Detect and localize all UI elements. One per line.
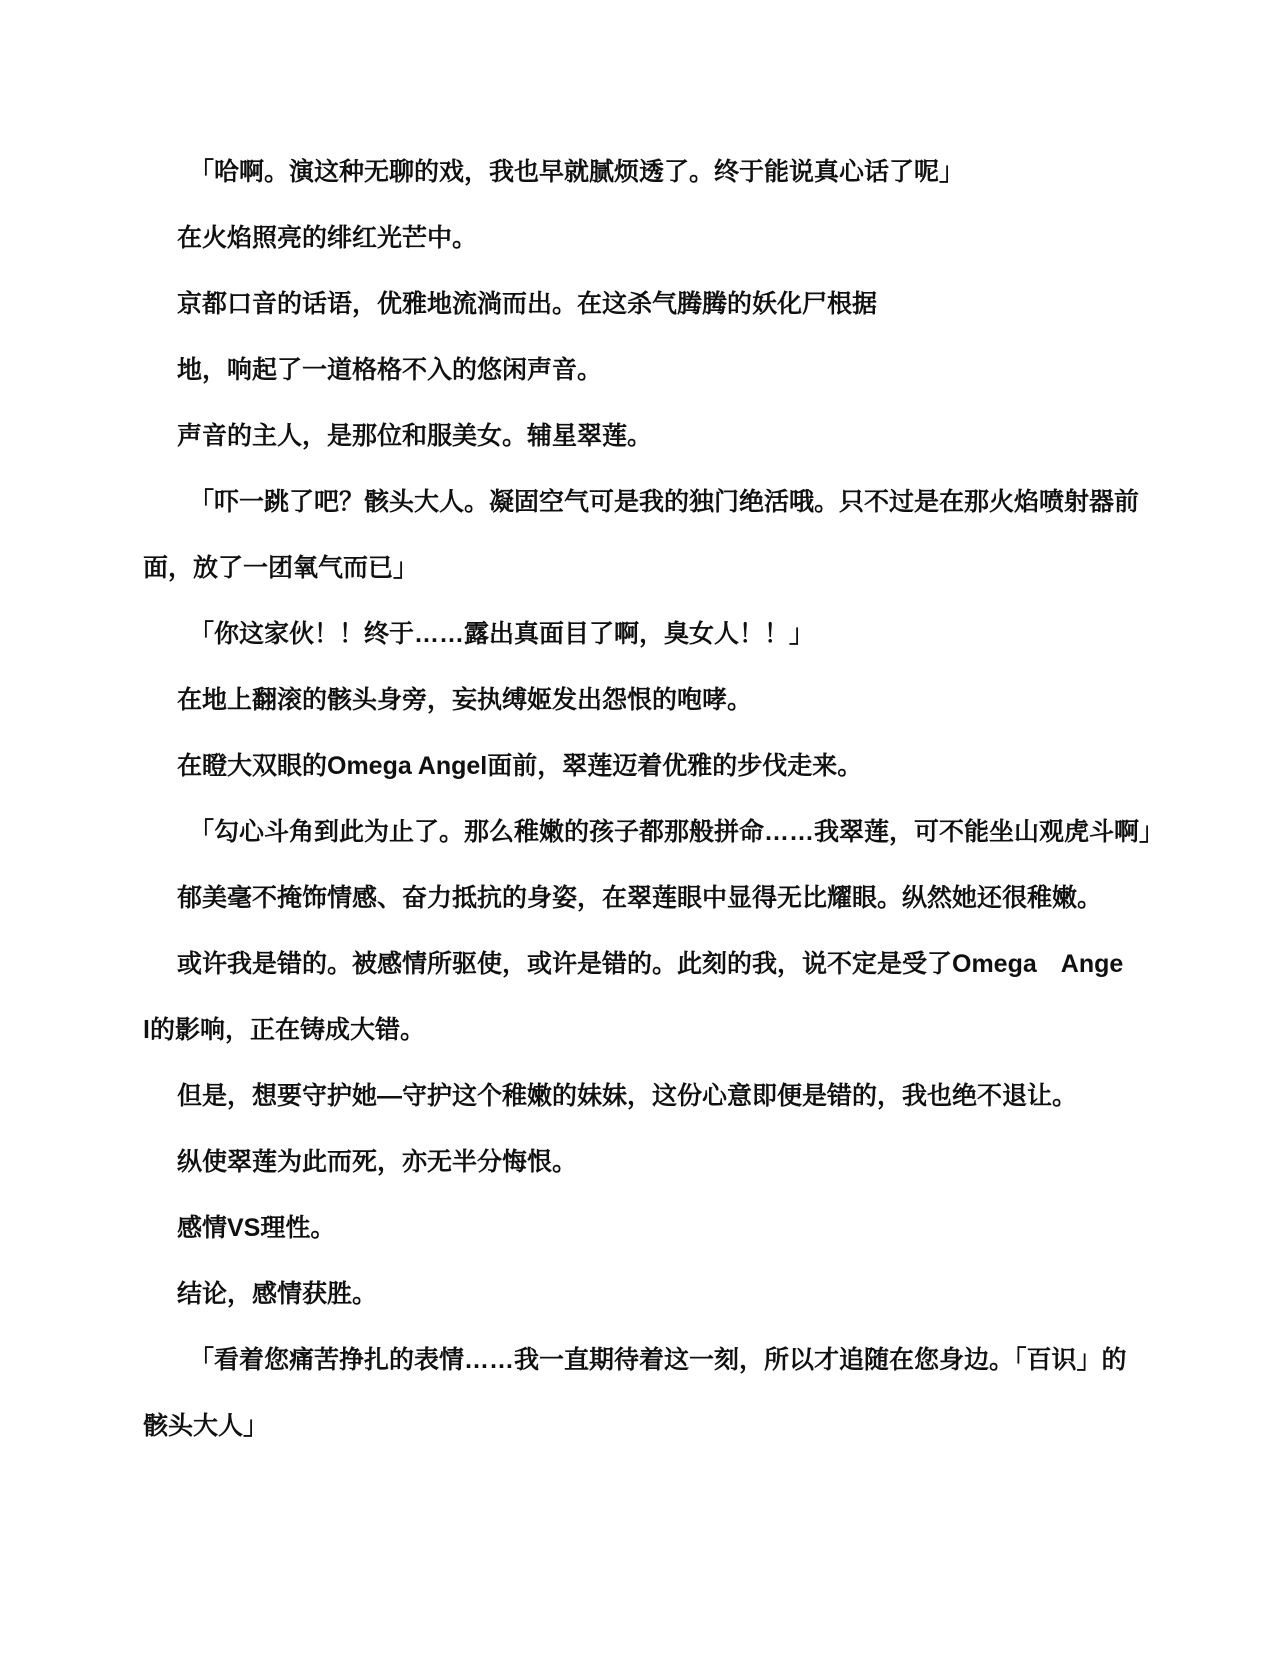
text-line: 纵使翠莲为此而死，亦无半分悔恨。 (143, 1129, 1140, 1195)
text-line: 骸头大人」 (143, 1393, 1140, 1459)
text-line: 「勾心斗角到此为止了。那么稚嫩的孩子都那般拼命……我翠莲，可不能坐山观虎斗啊」 (143, 799, 1140, 865)
text-line: 感情VS理性。 (143, 1195, 1140, 1261)
text-line: 在瞪大双眼的Omega Angel面前，翠莲迈着优雅的步伐走来。 (143, 733, 1140, 799)
text-line: 在火焰照亮的绯红光芒中。 (143, 205, 1140, 271)
text-line: 在地上翻滚的骸头身旁，妄执缚姬发出怨恨的咆哮。 (143, 667, 1140, 733)
text-line: 郁美毫不掩饰情感、奋力抵抗的身姿，在翠莲眼中显得无比耀眼。纵然她还很稚嫩。 (143, 865, 1140, 931)
novel-page: 「哈啊。演这种无聊的戏，我也早就腻烦透了。终于能说真心话了呢」在火焰照亮的绯红光… (0, 0, 1280, 1656)
text-line: 声音的主人，是那位和服美女。辅星翠莲。 (143, 403, 1140, 469)
text-line: 地，响起了一道格格不入的悠闲声音。 (143, 337, 1140, 403)
text-line: 「吓一跳了吧？骸头大人。凝固空气可是我的独门绝活哦。只不过是在那火焰喷射器前 (143, 469, 1140, 535)
text-line: 结论，感情获胜。 (143, 1261, 1140, 1327)
text-line: 「哈啊。演这种无聊的戏，我也早就腻烦透了。终于能说真心话了呢」 (143, 139, 1140, 205)
text-line: 京都口音的话语，优雅地流淌而出。在这杀气腾腾的妖化尸根据 (143, 271, 1140, 337)
text-line: 面，放了一团氧气而已」 (143, 535, 1140, 601)
text-line: l的影响，正在铸成大错。 (143, 997, 1140, 1063)
novel-text-block: 「哈啊。演这种无聊的戏，我也早就腻烦透了。终于能说真心话了呢」在火焰照亮的绯红光… (0, 0, 1280, 1459)
text-line: 但是，想要守护她—守护这个稚嫩的妹妹，这份心意即便是错的，我也绝不退让。 (143, 1063, 1140, 1129)
text-line: 「你这家伙！！终于……露出真面目了啊，臭女人！！」 (143, 601, 1140, 667)
text-line: 或许我是错的。被感情所驱使，或许是错的。此刻的我，说不定是受了Omega Ang… (143, 931, 1140, 997)
text-line: 「看着您痛苦挣扎的表情……我一直期待着这一刻，所以才追随在您身边。「百识」的 (143, 1327, 1140, 1393)
